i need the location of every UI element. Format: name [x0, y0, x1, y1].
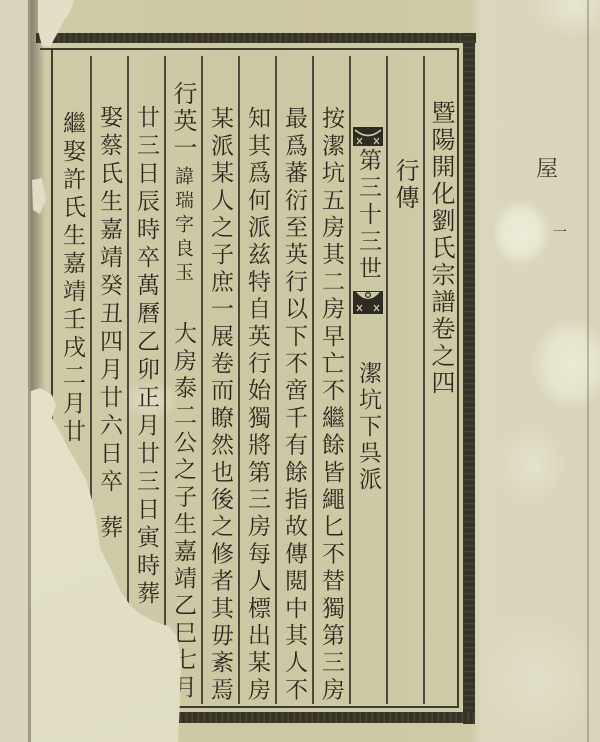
entry-column: 娶蔡氏生嘉靖癸丑四月廿六日卒 [94, 105, 124, 497]
column-rule [275, 56, 277, 704]
column-rule [164, 56, 166, 704]
frame-bottom-thick-border [140, 712, 475, 723]
preface-column: 某派某人之子庶一展卷而瞭然也後之修者其毋紊焉 [205, 106, 235, 704]
preface-column: 按潔坑五房其二房早亡不繼餘皆繩匕不替獨第三房 [316, 106, 346, 704]
preface-column: 知其爲何派兹特自英行始獨將第三房每人標出某房 [242, 106, 272, 704]
column-rule [423, 56, 425, 704]
paper-stain [470, 610, 600, 742]
paper-stain [492, 200, 550, 266]
paper-stain [530, 0, 600, 40]
fishtail-ornament-bottom-icon [353, 291, 383, 319]
paper-stain [532, 318, 600, 410]
entry-column: 繼娶許氏生嘉靖壬戌二月廿 [57, 111, 87, 447]
frame-top-inner-line [40, 48, 459, 50]
entry-name: 行英一 [168, 81, 198, 162]
column-rule [386, 56, 388, 704]
column-rule [238, 56, 240, 704]
book-title: 暨陽開化劉氏宗譜卷之四 [426, 100, 456, 397]
entry-column: 廿三日辰時卒萬曆乙卯正月廿三日寅時葬 [131, 105, 161, 609]
entry-given-name-note: 諱瑞字良玉 [168, 166, 198, 286]
column-rule [312, 56, 314, 704]
column-rule [201, 56, 203, 704]
branch-label: 潔坑下呉派 [353, 361, 383, 494]
adjacent-page-edge [587, 0, 589, 742]
paper-stain [498, 425, 568, 505]
page-number: 一 [553, 222, 567, 242]
preface-column: 最爲蕃衍至英行以下不啻千有餘指故傳閲中其人不 [279, 106, 309, 704]
frame-top-thick-border [36, 33, 476, 43]
genealogy-page-scan: 暨陽開化劉氏宗譜卷之四 行傳 第三十三世 潔坑下呉派 按潔坑五房其二房早亡不繼餘… [0, 0, 600, 742]
section-title: 行傳 [390, 158, 420, 212]
edge-mark: 屋 [536, 152, 558, 183]
column-rule [349, 56, 351, 704]
binding-edge-line [28, 0, 31, 742]
frame-right-thick-border [463, 33, 475, 724]
generation-label: 第三十三世 [353, 148, 383, 283]
frame-right-inner-line [457, 48, 459, 708]
